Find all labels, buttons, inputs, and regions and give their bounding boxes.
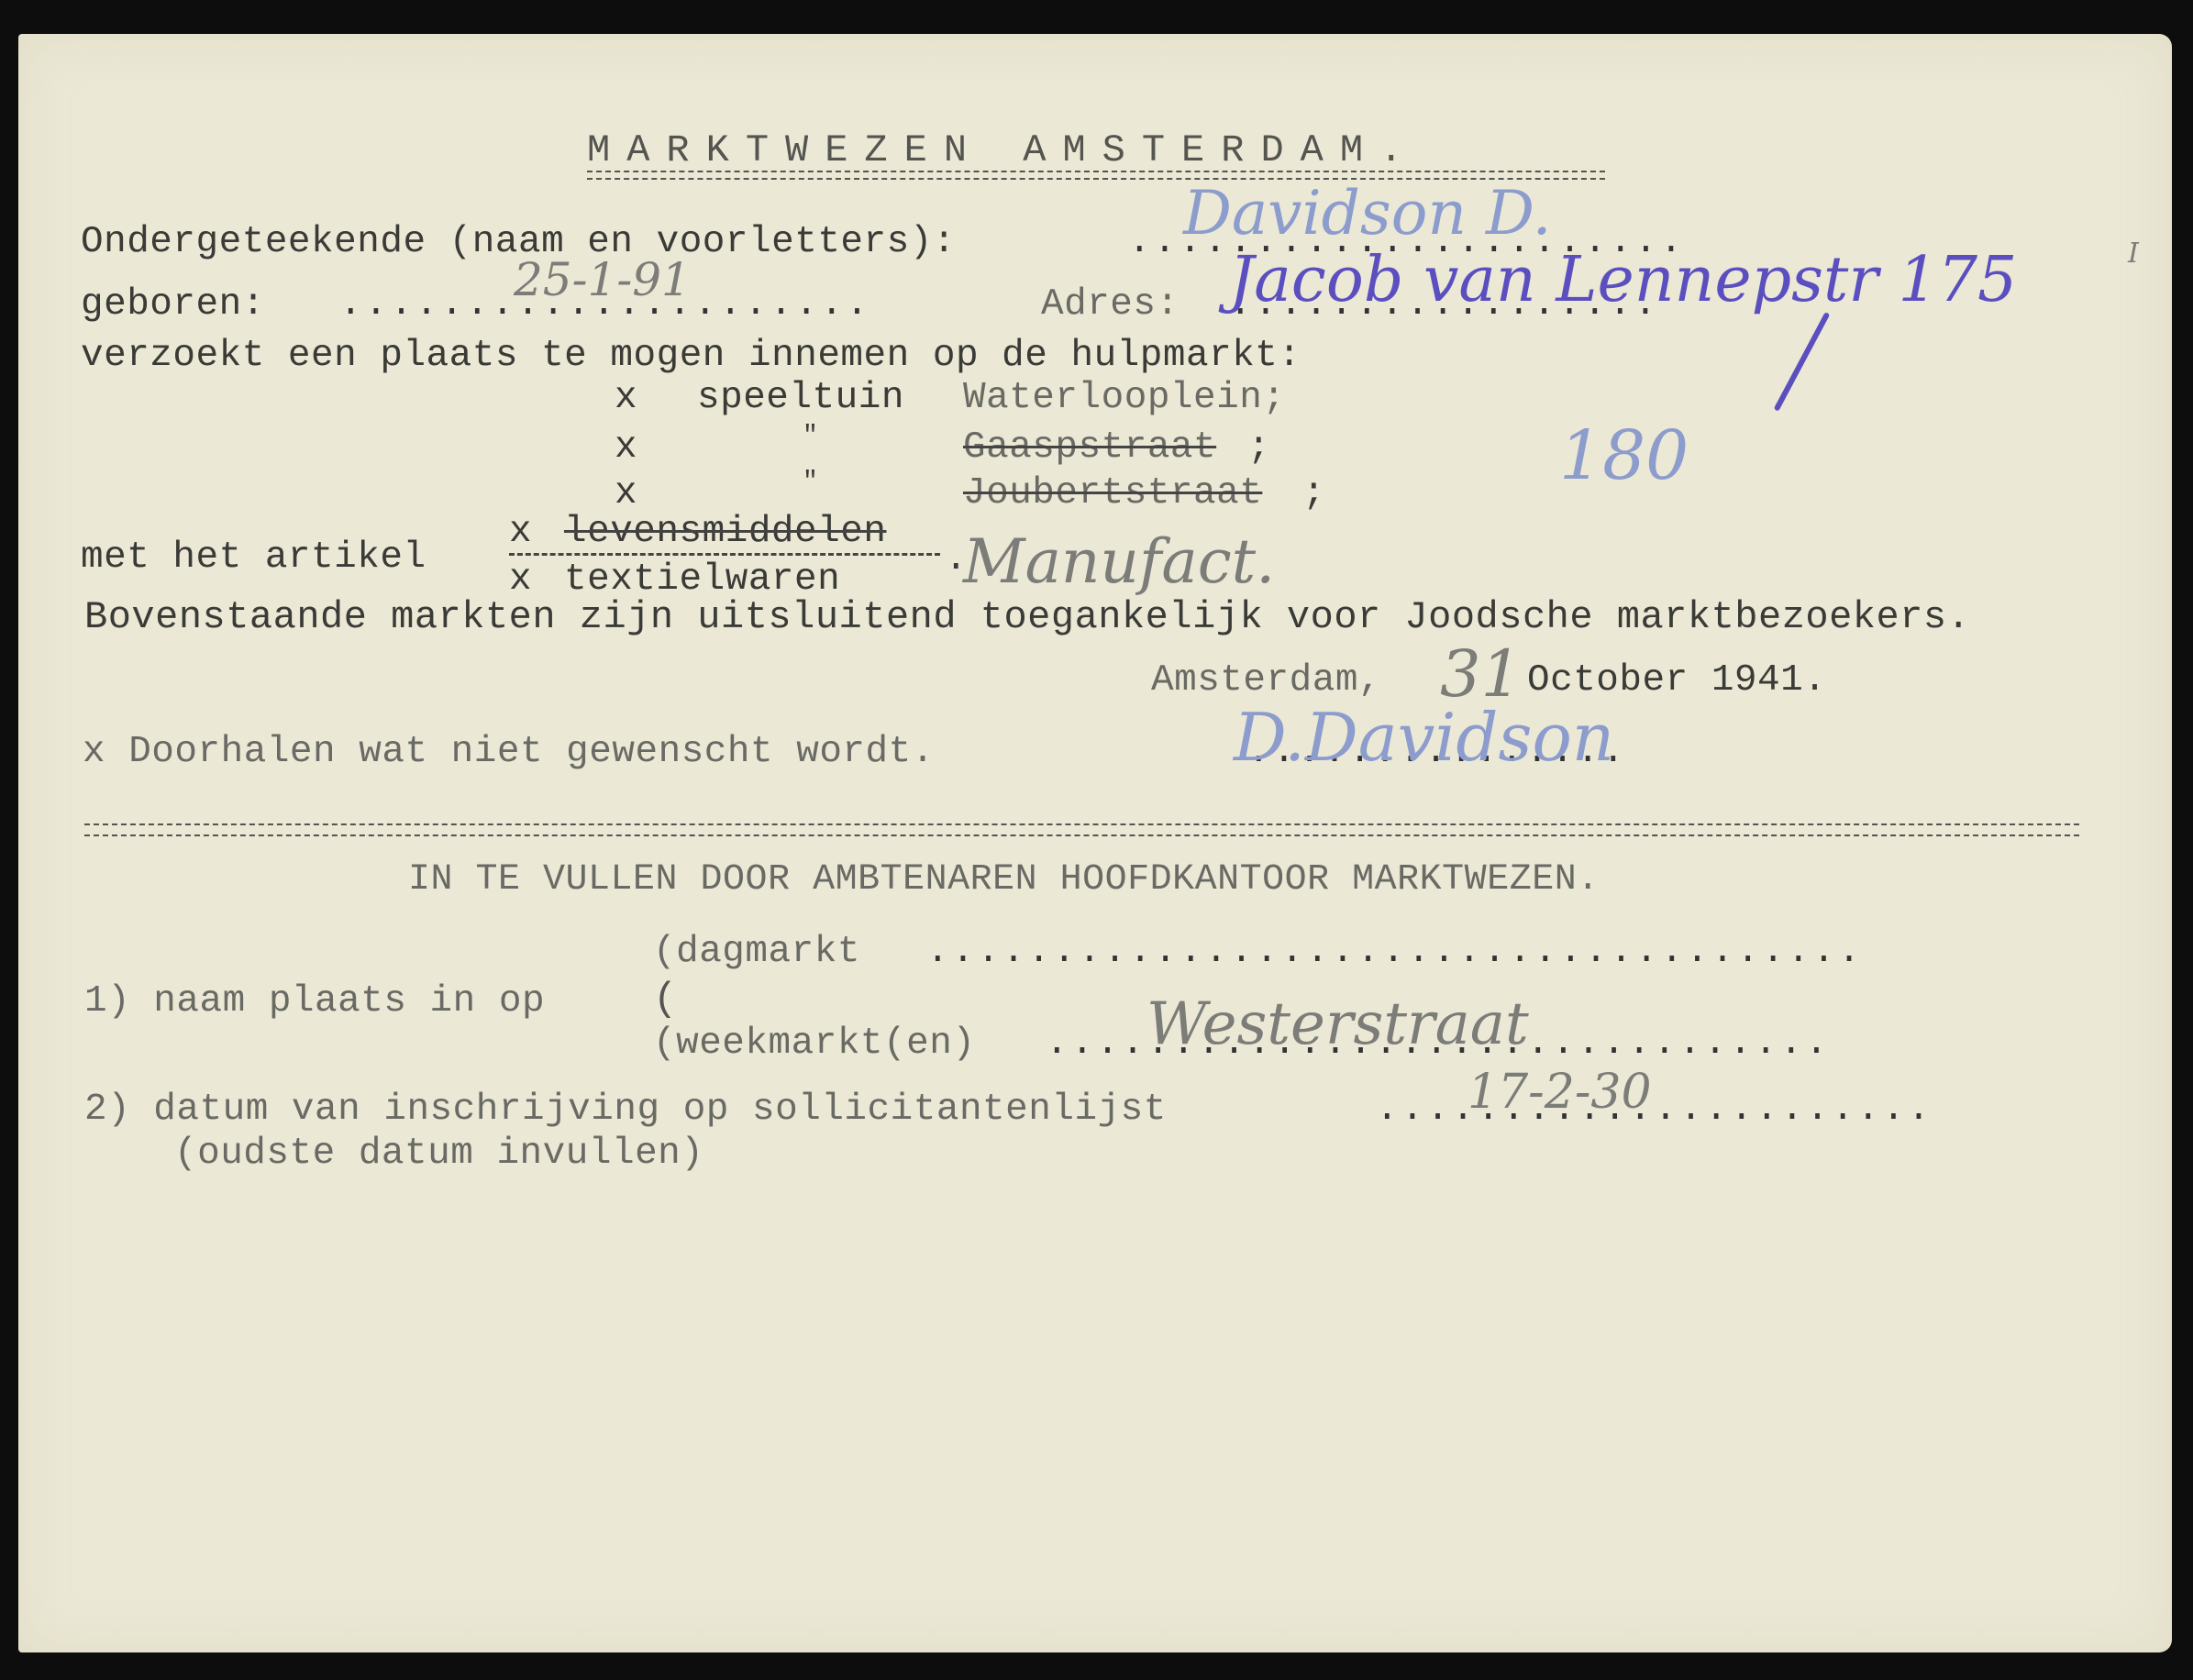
daymarket-label: (dagmarkt <box>653 934 860 971</box>
article-marker-1: x <box>509 514 532 551</box>
market-ditto-3: " <box>803 470 818 495</box>
article-label: met het artikel <box>81 539 426 577</box>
market-marker-1: x <box>615 380 637 417</box>
applicant-name-handwritten: Davidson D. <box>1183 183 1552 244</box>
market-name-gaaspstraat-struck: Gaaspstraat <box>963 429 1216 467</box>
section-separator-bottom <box>84 834 2079 836</box>
item2-label: 2) datum van inschrijving op sollicitant… <box>84 1091 1167 1129</box>
date-day-handwritten: 31 <box>1440 642 1522 706</box>
market-marker-2: x <box>615 429 637 467</box>
weekmarket-label: (weekmarkt(en) <box>653 1025 975 1063</box>
market-ditto-2: " <box>803 424 818 449</box>
article-fraction-line <box>509 553 940 556</box>
born-label: geboren: <box>81 286 265 324</box>
date-rest: October 1941. <box>1527 662 1826 700</box>
address-floor-handwritten: I <box>2128 240 2139 268</box>
market-name-joubertstraat-struck: Joubertstraat <box>963 475 1262 513</box>
address-label: Adres: <box>1041 286 1180 324</box>
weekmarket-handwritten: Westerstraat <box>1146 995 1529 1054</box>
office-section-heading: IN TE VULLEN DOOR AMBTENAREN HOOFDKANTOO… <box>408 862 1600 899</box>
item1-brace: ( <box>653 979 677 1020</box>
item2-sublabel: (oudste datum invullen) <box>174 1135 703 1173</box>
market-marker-3: x <box>615 475 637 513</box>
article-option-levensmiddelen-struck: levensmiddelen <box>564 514 886 551</box>
article-marker-2: x <box>509 561 532 599</box>
born-handwritten: 25-1-91 <box>514 257 691 303</box>
item2-dotted-field[interactable]: ...................... <box>1376 1091 1933 1129</box>
item2-date-handwritten: 17-2-30 <box>1468 1068 1652 1116</box>
item1-label: 1) naam plaats in op <box>84 983 545 1021</box>
margin-note-handwritten: 180 <box>1559 422 1689 490</box>
address-handwritten: Jacob van Lennepstr 175 <box>1229 249 2017 312</box>
footnote-text: x Doorhalen wat niet gewenscht wordt. <box>83 734 935 771</box>
article-handwritten: Manufact. <box>963 532 1275 592</box>
signature-handwritten: D.Davidson <box>1234 704 1614 770</box>
market-suffix-2: ; <box>1247 429 1270 467</box>
place-date-prefix: Amsterdam, <box>1151 662 1381 700</box>
request-text: verzoekt een plaats te mogen innemen op … <box>81 337 1301 375</box>
title-double-underline-top <box>587 171 1605 172</box>
daymarket-dotted-field[interactable]: ..................................... <box>926 934 1863 971</box>
article-option-textielwaren: textielwaren <box>564 561 840 599</box>
section-separator-top <box>84 823 2079 825</box>
notice-text: Bovenstaande markten zijn uitsluitend to… <box>84 598 1970 636</box>
market-prefix-1: speeltuin <box>697 380 904 417</box>
market-name-waterlooplein: Waterlooplein; <box>963 380 1285 417</box>
document-title: MARKTWEZEN AMSTERDAM. <box>587 128 1419 172</box>
market-suffix-3: ; <box>1302 475 1325 513</box>
